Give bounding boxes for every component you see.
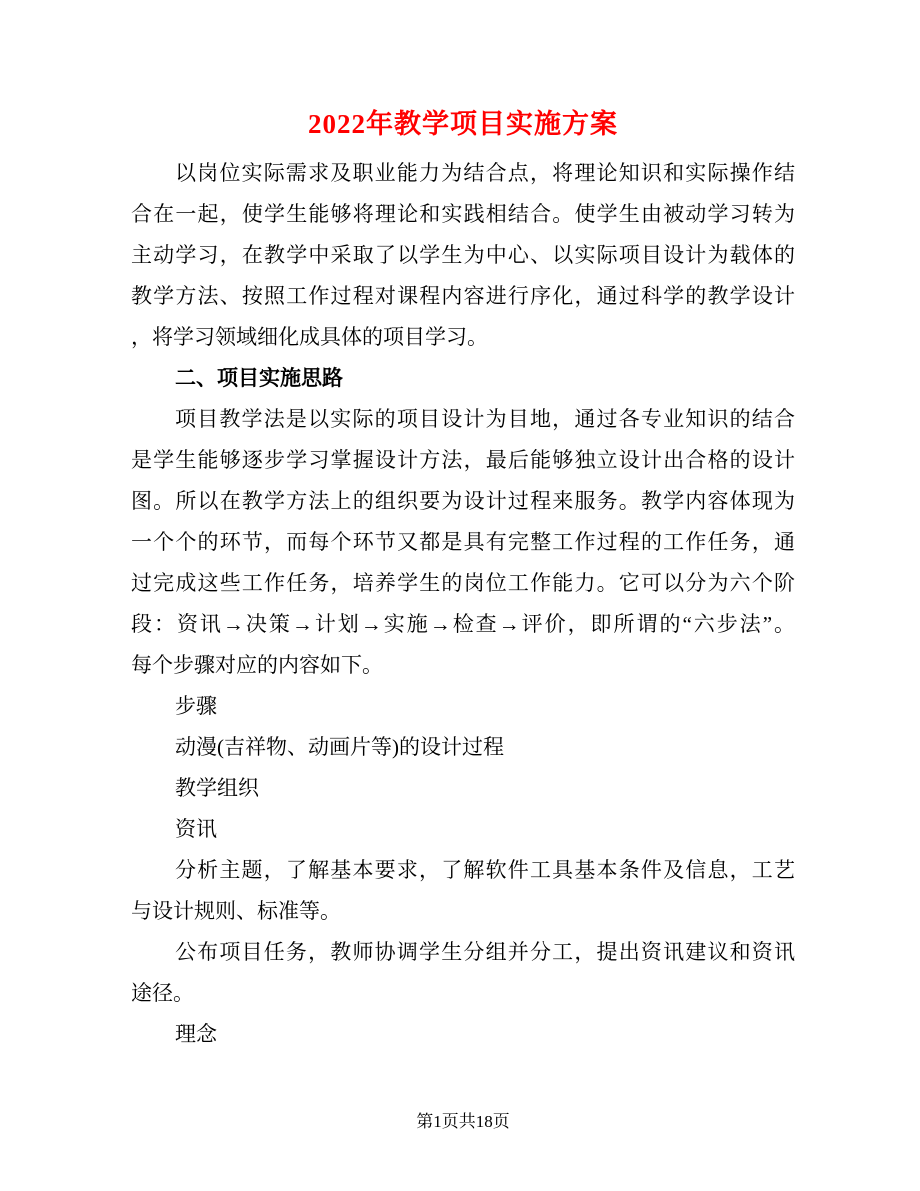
section-heading: 二、项目实施思路: [131, 358, 795, 399]
text-line: 合在一起，使学生能够将理论和实践相结合。使学生由被动学习转为: [131, 194, 795, 235]
text-line: 教学组织: [131, 768, 795, 809]
text-line: 资讯: [131, 809, 795, 850]
text-line: 项目教学法是以实际的项目设计为目地，通过各专业知识的结合: [131, 399, 795, 440]
text-line: 公布项目任务，教师协调学生分组并分工，提出资讯建议和资讯: [131, 932, 795, 973]
text-line: 步骤: [131, 686, 795, 727]
text-line: 教学方法、按照工作过程对课程内容进行序化，通过科学的教学设计: [131, 276, 795, 317]
text-line: 每个步骤对应的内容如下。: [131, 645, 795, 686]
text-line: ，将学习领域细化成具体的项目学习。: [131, 317, 795, 358]
text-line: 途径。: [131, 973, 795, 1014]
text-line: 是学生能够逐步学习掌握设计方法，最后能够独立设计出合格的设计: [131, 440, 795, 481]
text-line: 动漫(吉祥物、动画片等)的设计过程: [131, 727, 795, 768]
text-line: 一个个的环节，而每个环节又都是具有完整工作过程的工作任务，通: [131, 522, 795, 563]
text-line: 与设计规则、标准等。: [131, 891, 795, 932]
page-number: 第1页共18页: [131, 1107, 795, 1132]
text-line: 过完成这些工作任务，培养学生的岗位工作能力。它可以分为六个阶: [131, 563, 795, 604]
text-line: 以岗位实际需求及职业能力为结合点，将理论知识和实际操作结: [131, 153, 795, 194]
text-line: 主动学习，在教学中采取了以学生为中心、以实际项目设计为载体的: [131, 235, 795, 276]
document-title: 2022年教学项目实施方案: [131, 102, 795, 141]
text-line: 段：资讯→决策→计划→实施→检查→评价，即所谓的“六步法”。: [131, 604, 795, 645]
document-body: 以岗位实际需求及职业能力为结合点，将理论知识和实际操作结 合在一起，使学生能够将…: [131, 153, 795, 1055]
document-page: 2022年教学项目实施方案 以岗位实际需求及职业能力为结合点，将理论知识和实际操…: [0, 0, 920, 1191]
text-line: 图。所以在教学方法上的组织要为设计过程来服务。教学内容体现为: [131, 481, 795, 522]
text-line: 理念: [131, 1014, 795, 1055]
text-line: 分析主题，了解基本要求，了解软件工具基本条件及信息，工艺: [131, 850, 795, 891]
